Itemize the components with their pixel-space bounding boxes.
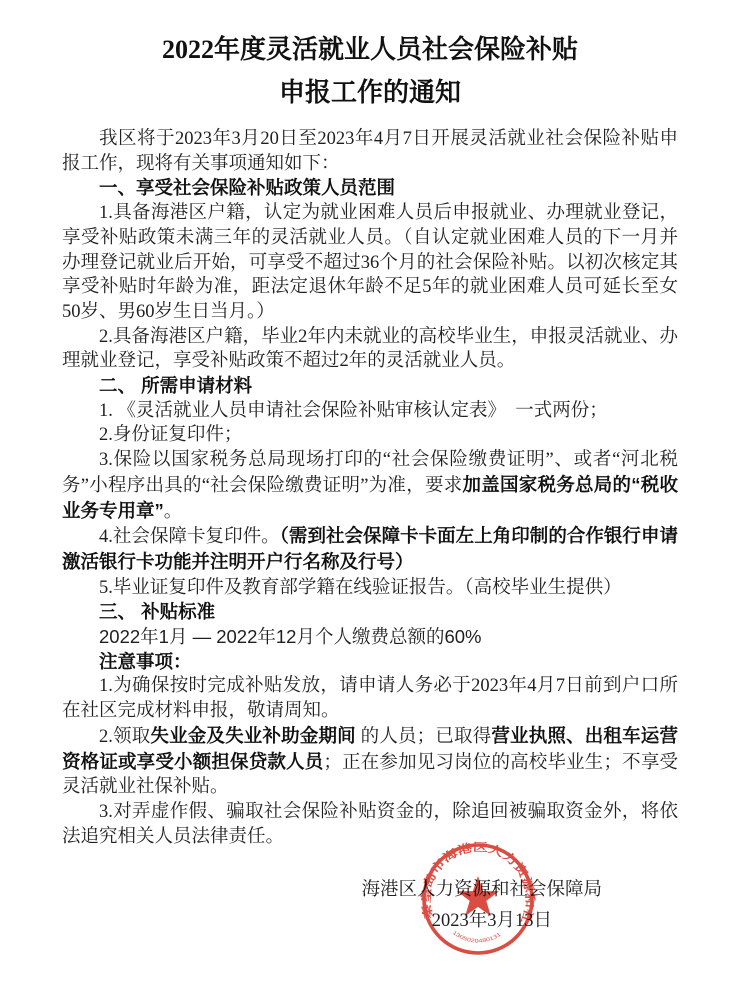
- section2-item4: 4.社会保障卡复印件。（需到社会保障卡卡面左上角印制的合作银行申请激活银行卡功能…: [62, 524, 678, 575]
- section3-standard: 2022年1月 — 2022年12月个人缴费总额的60%: [62, 625, 678, 650]
- section2-item2: 2.身份证复印件；: [62, 423, 678, 448]
- text-run: 。: [164, 502, 183, 522]
- notes-item2: 2.领取失业金及失业补助金期间 的人员；已取得营业执照、出租车运营资格证或享受小…: [62, 724, 678, 800]
- text-run: 1. 《灵活就业人员申请社会保险补贴审核认定表》 一式两份；: [99, 401, 608, 421]
- section1-item1: 1.具备海港区户籍，认定为就业困难人员后申报就业、办理就业登记，享受补贴政策未满…: [62, 201, 678, 325]
- signature-date: 2023年3月13日: [62, 906, 678, 937]
- text-run: 1.为确保按时完成补贴发放，请申请人务必于2023年4月7日前到户口所在社区完成…: [62, 676, 678, 721]
- notice-title-line1: 2022年度灵活就业人员社会保险补贴: [62, 28, 678, 71]
- section3-heading: 三、 补贴标准: [62, 600, 678, 625]
- section2-item5: 5.毕业证复印件及教育部学籍在线验证报告。（高校毕业生提供）: [62, 576, 678, 601]
- section2-heading: 二、 所需申请材料: [62, 374, 678, 399]
- section2-item1: 1. 《灵活就业人员申请社会保险补贴审核认定表》 一式两份；: [62, 399, 678, 424]
- notes-item3: 3.对弄虚作假、骗取社会保险补贴资金的，除追回被骗取资金外，将依法追究相关人员法…: [62, 800, 678, 849]
- text-run: 3.对弄虚作假、骗取社会保险补贴资金的，除追回被骗取资金外，将依法追究相关人员法…: [62, 802, 678, 847]
- text-run: 2.身份证复印件；: [99, 425, 242, 445]
- signature-block: 海港区人力资源和社会保障局 2023年3月13日: [62, 875, 678, 937]
- emphasized-text: 失业金及失业补助金期间: [150, 725, 355, 746]
- text-run: 2.领取: [99, 727, 150, 747]
- page: { "doc": { "title": { "line1": "2022年度灵活…: [0, 0, 740, 992]
- notice-title-line2: 申报工作的通知: [62, 71, 678, 114]
- notice-document: 2022年度灵活就业人员社会保险补贴 申报工作的通知 我区将于2023年3月20…: [0, 0, 740, 937]
- notice-title: 2022年度灵活就业人员社会保险补贴 申报工作的通知: [62, 28, 678, 114]
- text-run: 4.社会保障卡复印件。: [99, 527, 280, 547]
- text-run: 我区将于2023年3月20日至2023年4月7日开展灵活就业社会保险补贴申报工作…: [62, 129, 678, 174]
- text-run: 1.具备海港区户籍，认定为就业困难人员后申报就业、办理就业登记，享受补贴政策未满…: [62, 203, 678, 322]
- section1-item2: 2.具备海港区户籍，毕业2年内未就业的高校毕业生，申报灵活就业、办理就业登记，享…: [62, 325, 678, 374]
- section2-item3: 3.保险以国家税务总局现场打印的“社会保险缴费证明”、或者“河北税务”小程序出具…: [62, 448, 678, 524]
- notice-body: 我区将于2023年3月20日至2023年4月7日开展灵活就业社会保险补贴申报工作…: [62, 127, 678, 849]
- text-run: 2.具备海港区户籍，毕业2年内未就业的高校毕业生，申报灵活就业、办理就业登记，享…: [62, 327, 678, 372]
- notes-heading: 注意事项：: [62, 650, 678, 675]
- intro-paragraph: 我区将于2023年3月20日至2023年4月7日开展灵活就业社会保险补贴申报工作…: [62, 127, 678, 176]
- signature-agency: 海港区人力资源和社会保障局: [62, 875, 678, 906]
- text-run: 5.毕业证复印件及教育部学籍在线验证报告。（高校毕业生提供）: [99, 578, 622, 598]
- section1-heading: 一、享受社会保险补贴政策人员范围: [62, 176, 678, 201]
- text-run: 的人员；已取得: [356, 727, 492, 747]
- notes-item1: 1.为确保按时完成补贴发放，请申请人务必于2023年4月7日前到户口所在社区完成…: [62, 674, 678, 723]
